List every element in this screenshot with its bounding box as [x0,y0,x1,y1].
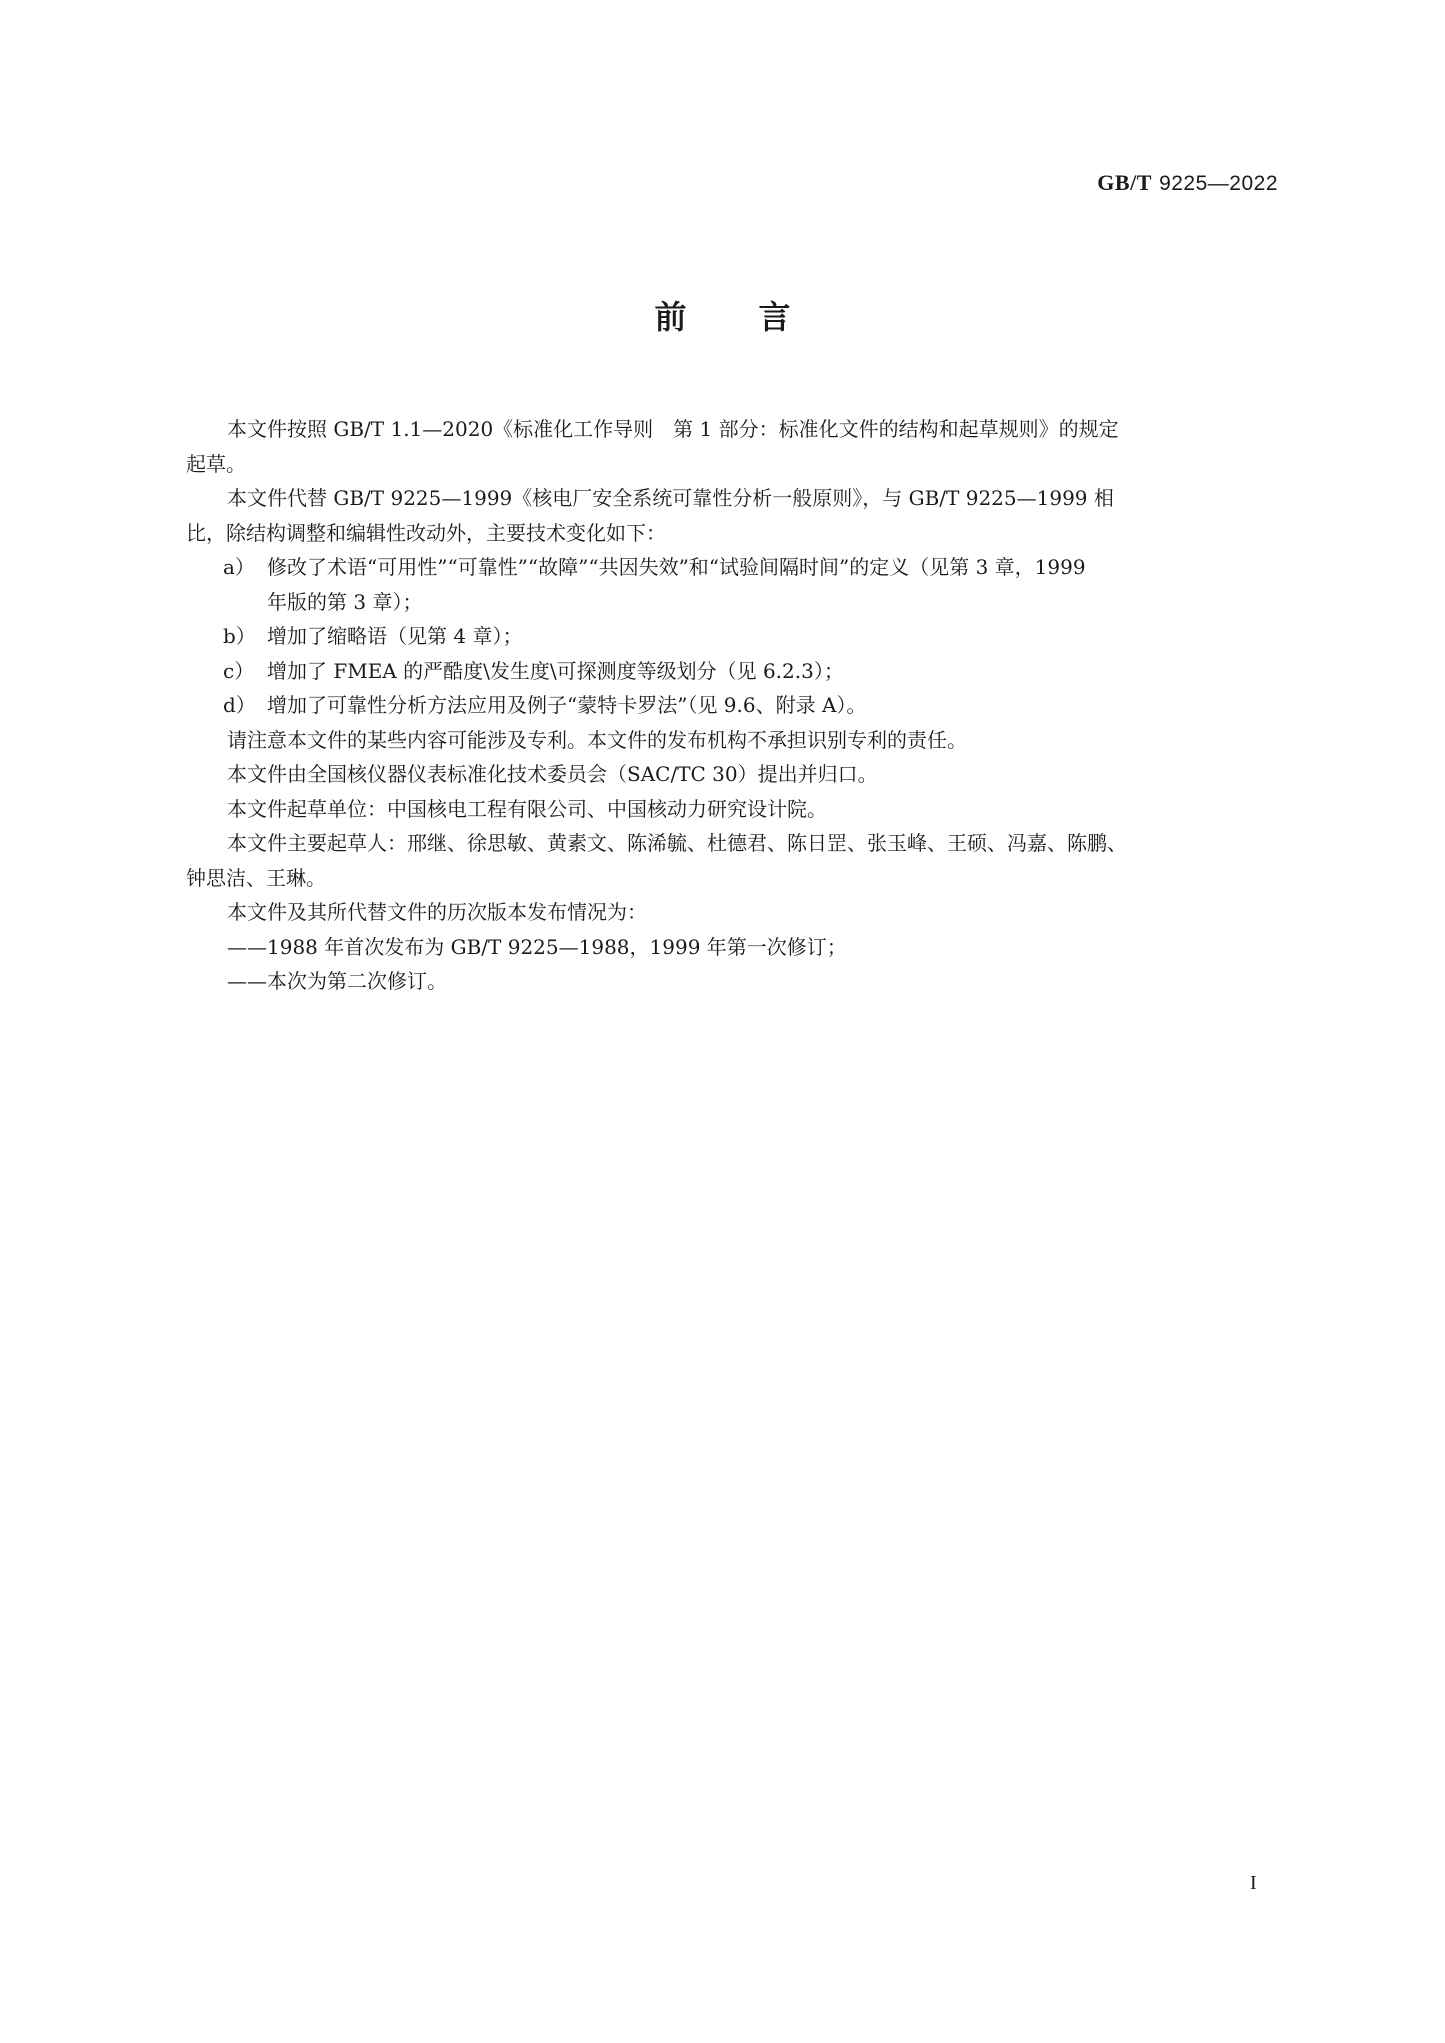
paragraph-drafting-units: 本文件起草单位：中国核电工程有限公司、中国核动力研究设计院。 [186,792,1296,827]
paragraph-replaces: 本文件代替 GB/T 9225—1999《核电厂安全系统可靠性分析一般原则》，与… [186,481,1296,516]
paragraph-drafting-rules-cont: 起草。 [186,447,1296,482]
item-text: 增加了缩略语（见第 4 章）； [267,619,1296,654]
paragraph-drafters-cont: 钟思洁、王琳。 [186,861,1296,896]
standard-code: GB/T 9225—2022 [1097,170,1278,196]
history-item: ——1988 年首次发布为 GB/T 9225—1988，1999 年第一次修订… [186,930,1296,965]
paragraph-patent-notice: 请注意本文件的某些内容可能涉及专利。本文件的发布机构不承担识别专利的责任。 [186,723,1296,758]
history-item: ——本次为第二次修订。 [186,964,1296,999]
item-text-cont: 年版的第 3 章）； [267,585,1296,620]
change-item-c: c） 增加了 FMEA 的严酷度\发生度\可探测度等级划分（见 6.2.3）； [186,654,1296,689]
item-label: c） [223,654,254,689]
foreword-body: 本文件按照 GB/T 1.1—2020《标准化工作导则 第 1 部分：标准化文件… [186,412,1296,999]
paragraph-drafters: 本文件主要起草人：邢继、徐思敏、黄素文、陈浠毓、杜德君、陈日罡、张玉峰、王硕、冯… [186,826,1296,861]
standard-prefix: GB/T [1097,170,1152,195]
change-item-a: a） 修改了术语“可用性”“可靠性”“故障”“共因失效”和“试验间隔时间”的定义… [186,550,1296,619]
item-label: d） [223,688,256,723]
standard-number: 9225—2022 [1159,172,1278,195]
item-label: a） [223,550,255,585]
page-title: 前言 [0,292,1445,338]
change-item-b: b） 增加了缩略语（见第 4 章）； [186,619,1296,654]
paragraph-history-intro: 本文件及其所代替文件的历次版本发布情况为： [186,895,1296,930]
item-label: b） [223,619,256,654]
paragraph-committee: 本文件由全国核仪器仪表标准化技术委员会（SAC/TC 30）提出并归口。 [186,757,1296,792]
page-number: I [1250,1872,1257,1895]
item-text: 增加了可靠性分析方法应用及例子“蒙特卡罗法”（见 9.6、附录 A）。 [267,688,1296,723]
title-char-1: 前 [654,292,686,338]
paragraph-replaces-cont: 比，除结构调整和编辑性改动外，主要技术变化如下： [186,516,1296,551]
paragraph-drafting-rules: 本文件按照 GB/T 1.1—2020《标准化工作导则 第 1 部分：标准化文件… [186,412,1296,447]
title-char-2: 言 [759,292,791,338]
change-item-d: d） 增加了可靠性分析方法应用及例子“蒙特卡罗法”（见 9.6、附录 A）。 [186,688,1296,723]
item-text: 增加了 FMEA 的严酷度\发生度\可探测度等级划分（见 6.2.3）； [267,654,1296,689]
item-text: 修改了术语“可用性”“可靠性”“故障”“共因失效”和“试验间隔时间”的定义（见第… [267,550,1296,585]
